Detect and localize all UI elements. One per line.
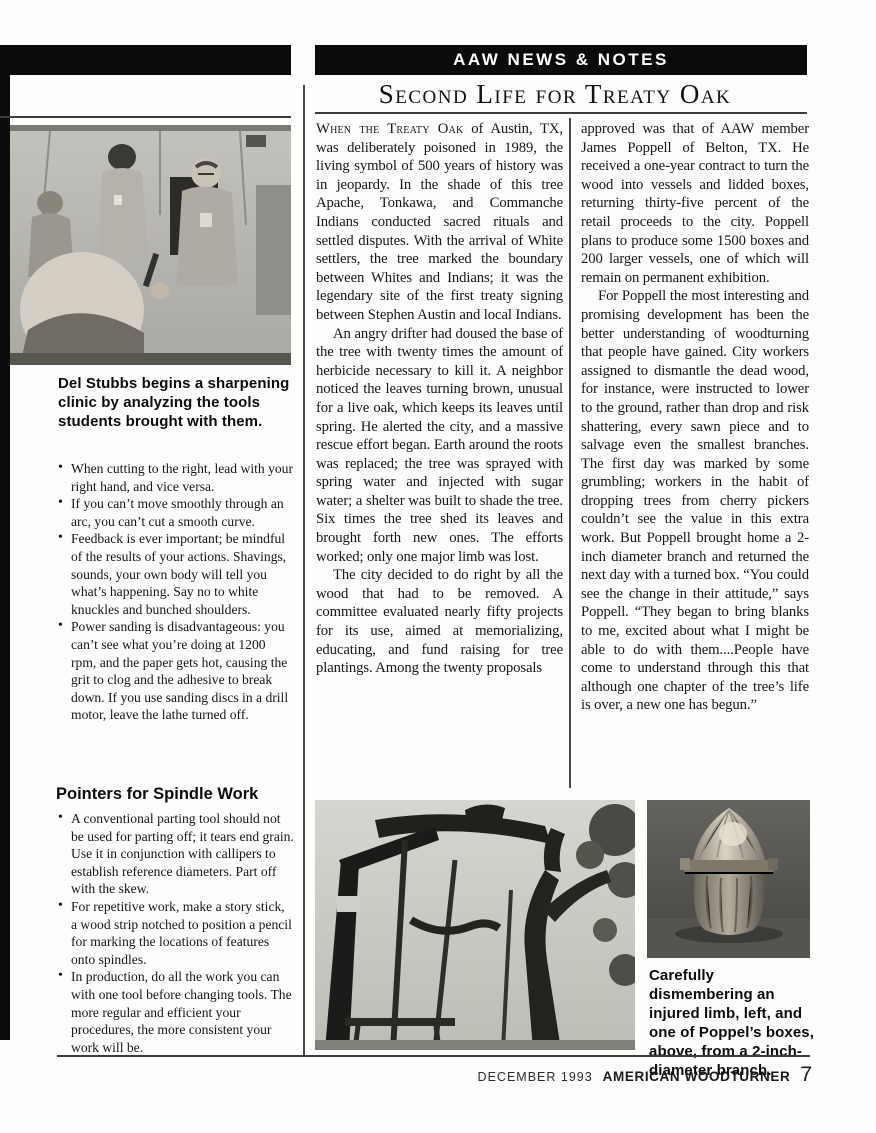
divider xyxy=(315,112,807,114)
article-paragraph: When the Treaty Oak of Austin, TX, was d… xyxy=(316,120,563,325)
article-column-middle: When the Treaty Oak of Austin, TX, was d… xyxy=(316,120,563,796)
section-label: AAW NEWS & NOTES xyxy=(453,50,669,70)
column-divider xyxy=(303,85,305,1055)
column-divider xyxy=(569,118,571,788)
list-item: Power sanding is disadvantageous: you ca… xyxy=(56,618,294,724)
tree-dismemberment-photo xyxy=(315,800,635,1050)
article-lead-in: When the Treaty Oak xyxy=(316,121,463,137)
spindle-tips-list: A conventional parting tool should not b… xyxy=(56,810,294,1056)
page-title: Second Life for Treaty Oak xyxy=(315,79,795,110)
article-paragraph: For Poppell the most interesting and pro… xyxy=(581,287,809,715)
magazine-page: AAW NEWS & NOTES Second Life for Treaty … xyxy=(0,0,876,1133)
article-paragraph: An angry drifter had doused the base of … xyxy=(316,325,563,567)
section-header-bar: AAW NEWS & NOTES xyxy=(315,45,807,75)
page-number: 7 xyxy=(800,1063,812,1087)
divider xyxy=(0,116,291,118)
clinic-photo xyxy=(10,125,291,365)
article-paragraph: The city decided to do right by all the … xyxy=(316,566,563,678)
magazine-name: AMERICAN WOODTURNER xyxy=(603,1069,791,1084)
issue-date: DECEMBER 1993 xyxy=(478,1070,593,1084)
list-item: In production, do all the work you can w… xyxy=(56,968,294,1056)
list-item: Feedback is ever important; be mindful o… xyxy=(56,530,294,618)
article-column-right: approved was that of AAW member James Po… xyxy=(581,120,809,796)
spindle-work-heading: Pointers for Spindle Work xyxy=(56,785,296,804)
list-item: For repetitive work, make a story stick,… xyxy=(56,898,294,968)
clinic-photo-caption: Del Stubbs begins a sharpening clinic by… xyxy=(58,374,290,431)
sharpening-tips-list: When cutting to the right, lead with you… xyxy=(56,460,294,724)
footer-rule xyxy=(57,1055,810,1057)
list-item: If you can’t move smoothly through an ar… xyxy=(56,495,294,530)
article-paragraph: approved was that of AAW member James Po… xyxy=(581,120,809,287)
page-edge-strip xyxy=(0,45,10,1040)
page-footer: DECEMBER 1993 AMERICAN WOODTURNER 7 xyxy=(400,1063,812,1087)
left-header-bar xyxy=(0,45,291,75)
list-item: A conventional parting tool should not b… xyxy=(56,810,294,898)
list-item: When cutting to the right, lead with you… xyxy=(56,460,294,495)
turned-box-photo xyxy=(647,800,810,958)
